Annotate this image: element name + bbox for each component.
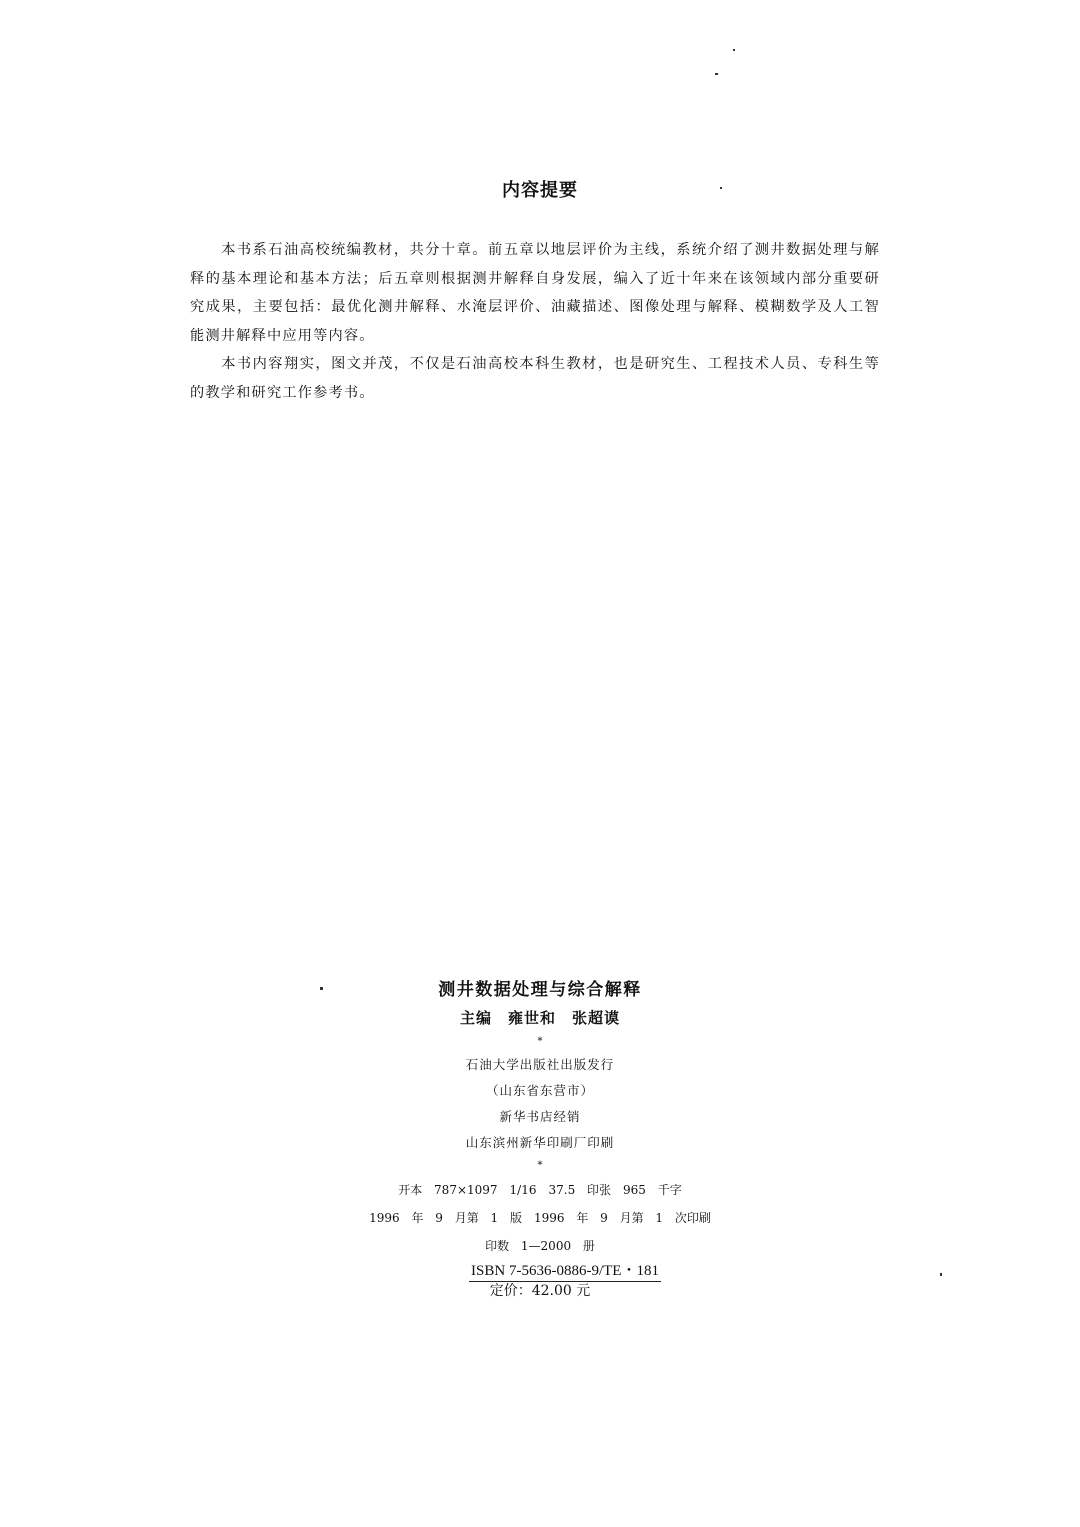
separator-star: * xyxy=(0,1156,1080,1176)
abstract-paragraph: 本书系石油高校统编教材，共分十章。前五章以地层评价为主线，系统介绍了测井数据处理… xyxy=(190,236,880,350)
publisher: 石油大学出版社出版发行 xyxy=(0,1052,1080,1078)
separator-star: * xyxy=(0,1032,1080,1052)
colophon: 测井数据处理与综合解释 主编 雍世和 张超谟 * 石油大学出版社出版发行 （山东… xyxy=(0,976,1080,1300)
distributor: 新华书店经销 xyxy=(0,1104,1080,1130)
abstract-body: 本书系石油高校统编教材，共分十章。前五章以地层评价为主线，系统介绍了测井数据处理… xyxy=(190,236,880,407)
printer: 山东滨州新华印刷厂印刷 xyxy=(0,1130,1080,1156)
editors: 主编 雍世和 张超谟 xyxy=(0,1004,1080,1032)
format-spec: 开本 787×1097 1/16 37.5 印张 965 千字 xyxy=(0,1176,1080,1204)
print-run: 印数 1—2000 册 xyxy=(0,1232,1080,1260)
isbn: ISBN 7-5636-0886-9/TE・181 xyxy=(469,1261,661,1282)
scan-speck xyxy=(715,73,718,75)
book-title: 测井数据处理与综合解释 xyxy=(0,976,1080,1004)
edition-info: 1996 年 9 月第 1 版 1996 年 9 月第 1 次印刷 xyxy=(0,1204,1080,1232)
publisher-location: （山东省东营市） xyxy=(0,1078,1080,1104)
scan-speck xyxy=(733,49,735,51)
abstract-paragraph: 本书内容翔实，图文并茂，不仅是石油高校本科生教材，也是研究生、工程技术人员、专科… xyxy=(190,350,880,407)
price: 定价：42.00 元 xyxy=(0,1282,1080,1300)
abstract-title: 内容提要 xyxy=(0,176,1080,202)
